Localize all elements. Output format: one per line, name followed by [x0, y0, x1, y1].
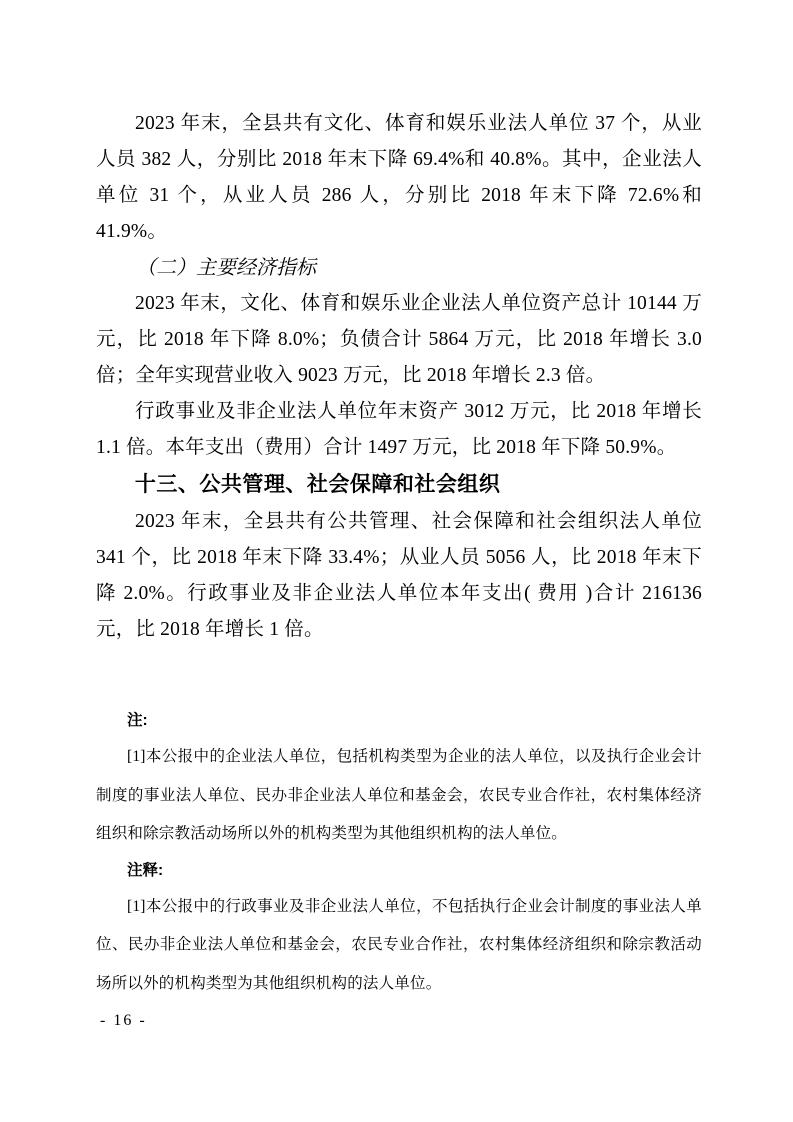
- note-label: 注:: [96, 704, 702, 738]
- page-number: - 16 -: [100, 1012, 147, 1030]
- sub-heading-main-economic-indicators: （二）主要经济指标: [96, 250, 702, 286]
- note-admin-noncorporate-units: [1]本公报中的行政事业及非企业法人单位，不包括执行企业会计制度的事业法人单位、…: [96, 888, 702, 1004]
- paragraph-admin-institution-assets: 行政事业及非企业法人单位年末资产 3012 万元，比 2018 年增长 1.1 …: [96, 394, 702, 466]
- document-page: 2023 年末，全县共有文化、体育和娱乐业法人单位 37 个，从业人员 382 …: [0, 0, 793, 1122]
- notes-section: 注: [1]本公报中的企业法人单位，包括机构类型为企业的法人单位，以及执行企业会…: [96, 704, 702, 1003]
- note-enterprise-legal-units: [1]本公报中的企业法人单位，包括机构类型为企业的法人单位，以及执行企业会计制度…: [96, 738, 702, 854]
- section-heading-public-management: 十三、公共管理、社会保障和社会组织: [96, 466, 702, 504]
- page-content: 2023 年末，全县共有文化、体育和娱乐业法人单位 37 个，从业人员 382 …: [96, 106, 702, 1003]
- paragraph-culture-sports-units: 2023 年末，全县共有文化、体育和娱乐业法人单位 37 个，从业人员 382 …: [96, 106, 702, 250]
- paragraph-public-management-units: 2023 年末，全县共有公共管理、社会保障和社会组织法人单位 341 个，比 2…: [96, 504, 702, 648]
- paragraph-enterprise-assets: 2023 年末，文化、体育和娱乐业企业法人单位资产总计 10144 万元，比 2…: [96, 286, 702, 394]
- note-annotation-label: 注释:: [96, 854, 702, 888]
